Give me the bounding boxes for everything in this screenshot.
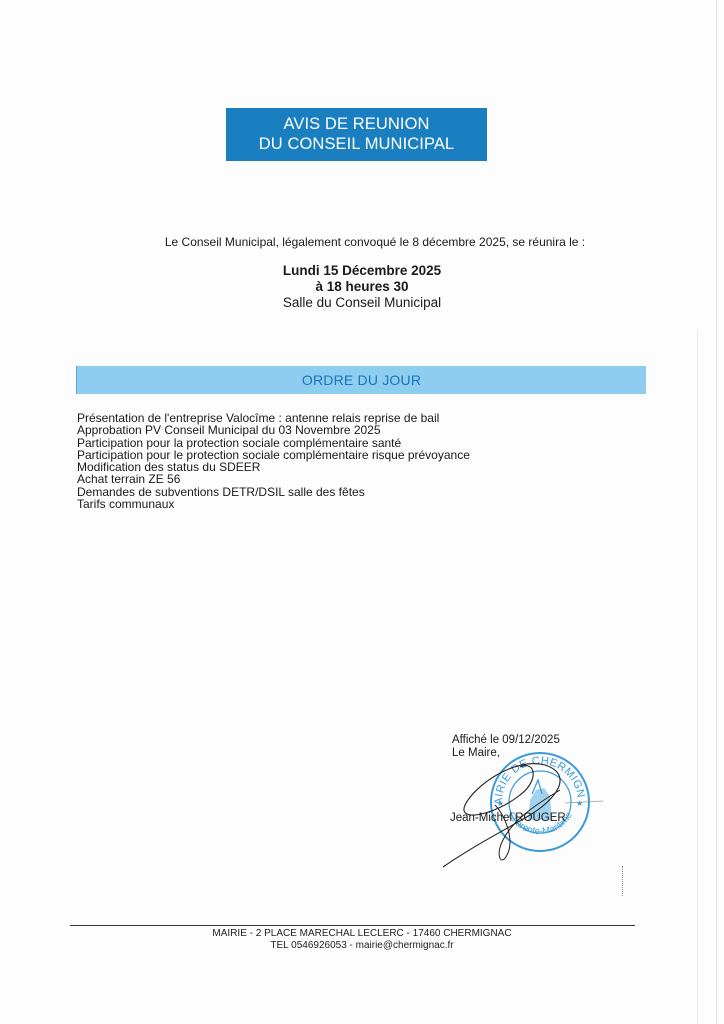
document-page: AVIS DE REUNION DU CONSEIL MUNICIPAL Le … <box>0 0 724 1024</box>
agenda-heading: ORDRE DU JOUR <box>76 366 646 394</box>
convocation-text: Le Conseil Municipal, légalement convoqu… <box>0 235 724 249</box>
footer-address-line: MAIRIE - 2 PLACE MARECHAL LECLERC - 1746… <box>0 928 724 940</box>
handwritten-signature-icon <box>435 745 605 875</box>
agenda-item: Approbation PV Conseil Municipal du 03 N… <box>77 424 470 436</box>
document-title: AVIS DE REUNION DU CONSEIL MUNICIPAL <box>226 108 487 161</box>
scan-margin-mark <box>622 866 624 896</box>
meeting-date: Lundi 15 Décembre 2025 <box>0 263 724 279</box>
meeting-details: Lundi 15 Décembre 2025 à 18 heures 30 Sa… <box>0 263 724 311</box>
meeting-time: à 18 heures 30 <box>0 279 724 295</box>
agenda-list: Présentation de l'entreprise Valocîme : … <box>77 412 470 510</box>
title-line-1: AVIS DE REUNION <box>226 114 487 134</box>
title-line-2: DU CONSEIL MUNICIPAL <box>226 134 487 154</box>
scan-artifact-line <box>697 330 698 1024</box>
agenda-item: Achat terrain ZE 56 <box>77 473 470 485</box>
footer-divider <box>70 925 635 926</box>
meeting-place: Salle du Conseil Municipal <box>0 295 724 311</box>
scan-artifact-line <box>716 0 717 1024</box>
footer-contact-line: TEL 0546926053 - mairie@chermignac.fr <box>0 940 724 952</box>
agenda-item: Tarifs communaux <box>77 498 470 510</box>
footer-address: MAIRIE - 2 PLACE MARECHAL LECLERC - 1746… <box>0 928 724 952</box>
